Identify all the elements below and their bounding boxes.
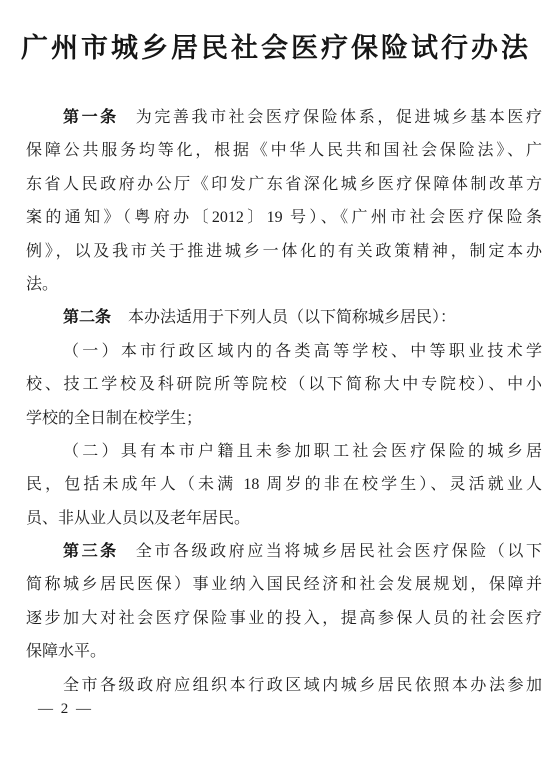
document-title: 广州市城乡居民社会医疗保险试行办法 [0, 30, 552, 66]
text-line: 校、技工学校及科研院所等院校（以下简称大中专院校）、中小 [26, 368, 542, 401]
paragraph-item-2: （二）具有本市户籍且未参加职工社会医疗保险的城乡居 民，包括未成年人（未满 18… [26, 435, 542, 535]
article-number: 第一条 [63, 109, 119, 126]
text-line: 学校的全日制在校学生； [26, 402, 542, 435]
text-line: 例》，以及我市关于推进城乡一体化的有关政策精神，制定本办 [26, 235, 542, 268]
text-line: 民，包括未成年人（未满 18 周岁的非在校学生）、灵活就业人 [26, 468, 542, 501]
document-body: 第一条为完善我市社会医疗保险体系，促进城乡基本医疗 保障公共服务均等化，根据《中… [26, 101, 542, 702]
text-line: 第二条本办法适用于下列人员（以下简称城乡居民）： [26, 301, 542, 334]
text-line: 法。 [26, 268, 542, 301]
line-text: 为完善我市社会医疗保险体系，促进城乡基本医疗 [136, 109, 542, 126]
article-number: 第三条 [63, 543, 119, 560]
text-line: 全市各级政府应组织本行政区域内城乡居民依照本办法参加 [26, 669, 542, 702]
text-line: 逐步加大对社会医疗保险事业的投入，提高参保人员的社会医疗 [26, 602, 542, 635]
paragraph-article-2: 第二条本办法适用于下列人员（以下简称城乡居民）： [26, 301, 542, 334]
line-text: 本办法适用于下列人员（以下简称城乡居民）： [128, 309, 456, 326]
text-line: 第一条为完善我市社会医疗保险体系，促进城乡基本医疗 [26, 101, 542, 134]
paragraph-item-1: （一）本市行政区域内的各类高等学校、中等职业技术学 校、技工学校及科研院所等院校… [26, 335, 542, 435]
article-number: 第二条 [63, 309, 111, 326]
text-line: 第三条全市各级政府应当将城乡居民社会医疗保险（以下 [26, 535, 542, 568]
text-line: 保障公共服务均等化，根据《中华人民共和国社会保险法》、广 [26, 134, 542, 167]
text-line: 东省人民政府办公厅《印发广东省深化城乡医疗保障体制改革方 [26, 168, 542, 201]
text-line: （二）具有本市户籍且未参加职工社会医疗保险的城乡居 [26, 435, 542, 468]
paragraph-closing: 全市各级政府应组织本行政区域内城乡居民依照本办法参加 [26, 669, 542, 702]
text-line: 案的通知》（粤府办〔2012〕19 号）、《广州市社会医疗保险条 [26, 201, 542, 234]
document-page: 广州市城乡居民社会医疗保险试行办法 第一条为完善我市社会医疗保险体系，促进城乡基… [0, 0, 552, 768]
text-line: 保障水平。 [26, 635, 542, 668]
text-line: 员、非从业人员以及老年居民。 [26, 502, 542, 535]
text-line: （一）本市行政区域内的各类高等学校、中等职业技术学 [26, 335, 542, 368]
page-number: — 2 — [38, 699, 93, 719]
line-text: 全市各级政府应当将城乡居民社会医疗保险（以下 [136, 543, 542, 560]
paragraph-article-3: 第三条全市各级政府应当将城乡居民社会医疗保险（以下 简称城乡居民医保）事业纳入国… [26, 535, 542, 669]
paragraph-article-1: 第一条为完善我市社会医疗保险体系，促进城乡基本医疗 保障公共服务均等化，根据《中… [26, 101, 542, 301]
text-line: 简称城乡居民医保）事业纳入国民经济和社会发展规划，保障并 [26, 568, 542, 601]
